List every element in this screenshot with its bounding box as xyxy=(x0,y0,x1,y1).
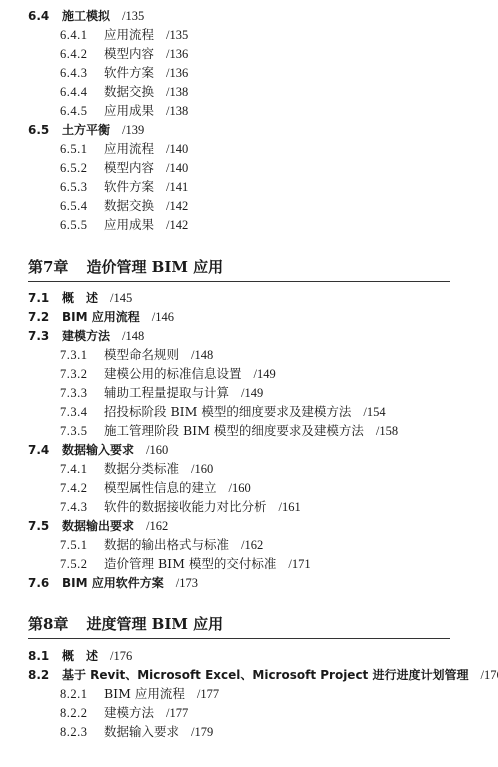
section-title: 土方平衡/139 xyxy=(62,122,144,138)
section-number: 7.6 xyxy=(28,575,49,591)
section-number: 6.5 xyxy=(28,122,49,138)
section-number: 7.3 xyxy=(28,328,49,344)
section-title: 数据输入要求/160 xyxy=(62,442,168,458)
section-title-text: 软件方案 xyxy=(104,65,154,80)
chapter-7-heading[interactable]: 第7章造价管理 BIM 应用 xyxy=(28,256,223,277)
section-title: 模型内容/140 xyxy=(104,160,188,176)
section-title-text: 数据分类标准 xyxy=(104,461,179,476)
section-title-text: 模型内容 xyxy=(104,46,154,61)
section-title: 软件方案/141 xyxy=(104,179,188,195)
section-title-text: 应用成果 xyxy=(104,217,154,232)
section-title-text: BIM 应用流程 xyxy=(62,310,140,324)
chapter-title: 造价管理 BIM 应用 xyxy=(86,258,223,276)
section-title: 数据交换/138 xyxy=(104,84,188,100)
section-title-text: 施工管理阶段 BIM 模型的细度要求及建模方法 xyxy=(104,423,364,438)
page-number: /142 xyxy=(166,218,188,232)
section-number: 8.2 xyxy=(28,667,49,683)
section-number: 7.1 xyxy=(28,290,49,306)
page-number: /135 xyxy=(166,28,188,42)
page-number: /176 xyxy=(480,668,498,682)
section-number: 6.4.5 xyxy=(60,103,88,119)
section-number: 7.4.2 xyxy=(60,480,88,496)
page-number: /179 xyxy=(191,725,213,739)
section-title: 应用成果/142 xyxy=(104,217,188,233)
section-title: 数据的输出格式与标准/162 xyxy=(104,537,263,553)
section-number: 8.2.2 xyxy=(60,705,88,721)
section-title-text: 造价管理 BIM 模型的交付标准 xyxy=(104,556,276,571)
section-number: 7.5 xyxy=(28,518,49,534)
page-number: /136 xyxy=(166,66,188,80)
page-number: /146 xyxy=(152,310,174,324)
section-title: 建模公用的标准信息设置/149 xyxy=(104,366,276,382)
section-title: 辅助工程量提取与计算/149 xyxy=(104,385,263,401)
section-number: 6.5.4 xyxy=(60,198,88,214)
section-title-text: 数据交换 xyxy=(104,198,154,213)
section-number: 7.4.3 xyxy=(60,499,88,515)
page-number: /158 xyxy=(376,424,398,438)
section-title: 造价管理 BIM 模型的交付标准/171 xyxy=(104,556,311,572)
chapter-label: 第7章 xyxy=(28,258,68,276)
section-title-text: 应用流程 xyxy=(104,141,154,156)
section-title: 概 述/176 xyxy=(62,648,132,664)
table-of-contents-page: 6.4施工模拟/1356.4.1应用流程/1356.4.2模型内容/1366.4… xyxy=(0,0,498,767)
section-title-text: 概 述 xyxy=(62,291,98,305)
section-title-text: 数据的输出格式与标准 xyxy=(104,537,229,552)
section-number: 6.4.3 xyxy=(60,65,88,81)
page-number: /177 xyxy=(197,687,219,701)
section-title-text: 土方平衡 xyxy=(62,123,110,137)
section-title: 模型内容/136 xyxy=(104,46,188,62)
section-title: 建模方法/148 xyxy=(62,328,144,344)
section-number: 6.4 xyxy=(28,8,49,24)
section-number: 6.4.1 xyxy=(60,27,88,43)
chapter-7-divider xyxy=(28,281,450,282)
page-number: /173 xyxy=(176,576,198,590)
section-title: 施工管理阶段 BIM 模型的细度要求及建模方法/158 xyxy=(104,423,398,439)
section-number: 7.5.1 xyxy=(60,537,88,553)
section-title-text: 施工模拟 xyxy=(62,9,110,23)
chapter-8-divider xyxy=(28,638,450,639)
page-number: /154 xyxy=(363,405,385,419)
page-number: /148 xyxy=(191,348,213,362)
section-number: 7.4.1 xyxy=(60,461,88,477)
section-number: 7.3.3 xyxy=(60,385,88,401)
section-number: 7.4 xyxy=(28,442,49,458)
section-title-text: 模型内容 xyxy=(104,160,154,175)
section-number: 8.1 xyxy=(28,648,49,664)
page-number: /141 xyxy=(166,180,188,194)
section-title-text: 应用流程 xyxy=(104,27,154,42)
section-title: BIM 应用流程/177 xyxy=(104,686,219,702)
section-title-text: BIM 应用流程 xyxy=(104,686,185,701)
section-title-text: 软件方案 xyxy=(104,179,154,194)
section-number: 7.3.5 xyxy=(60,423,88,439)
page-number: /176 xyxy=(110,649,132,663)
page-number: /140 xyxy=(166,161,188,175)
chapter-label: 第8章 xyxy=(28,615,68,633)
section-title-text: 应用成果 xyxy=(104,103,154,118)
page-number: /162 xyxy=(146,519,168,533)
section-number: 6.5.1 xyxy=(60,141,88,157)
section-title-text: 软件的数据接收能力对比分析 xyxy=(104,499,267,514)
section-title-text: 数据输入要求 xyxy=(104,724,179,739)
section-title: 软件方案/136 xyxy=(104,65,188,81)
section-title-text: 建模方法 xyxy=(62,329,110,343)
section-number: 6.4.4 xyxy=(60,84,88,100)
section-number: 6.5.5 xyxy=(60,217,88,233)
page-number: /160 xyxy=(191,462,213,476)
section-title: 建模方法/177 xyxy=(104,705,188,721)
page-number: /160 xyxy=(229,481,251,495)
section-title-text: 招投标阶段 BIM 模型的细度要求及建模方法 xyxy=(104,404,351,419)
page-number: /138 xyxy=(166,104,188,118)
page-number: /135 xyxy=(122,9,144,23)
section-title: 模型属性信息的建立/160 xyxy=(104,480,251,496)
section-title: 概 述/145 xyxy=(62,290,132,306)
section-title: 应用流程/140 xyxy=(104,141,188,157)
section-number: 7.3.2 xyxy=(60,366,88,382)
section-title-text: 数据输入要求 xyxy=(62,443,134,457)
section-number: 6.4.2 xyxy=(60,46,88,62)
section-title-text: 模型命名规则 xyxy=(104,347,179,362)
section-title-text: 基于 Revit、Microsoft Excel、Microsoft Proje… xyxy=(62,668,468,682)
section-title: 软件的数据接收能力对比分析/161 xyxy=(104,499,301,515)
section-title: 数据分类标准/160 xyxy=(104,461,213,477)
section-title: 施工模拟/135 xyxy=(62,8,144,24)
section-number: 7.2 xyxy=(28,309,49,325)
section-title-text: 概 述 xyxy=(62,649,98,663)
section-title: 模型命名规则/148 xyxy=(104,347,213,363)
section-number: 7.3.1 xyxy=(60,347,88,363)
page-number: /138 xyxy=(166,85,188,99)
page-number: /160 xyxy=(146,443,168,457)
section-number: 6.5.2 xyxy=(60,160,88,176)
page-number: /142 xyxy=(166,199,188,213)
section-title-text: BIM 应用软件方案 xyxy=(62,576,164,590)
section-title: 应用成果/138 xyxy=(104,103,188,119)
page-number: /149 xyxy=(254,367,276,381)
section-title: BIM 应用软件方案/173 xyxy=(62,575,198,591)
page-number: /171 xyxy=(288,557,310,571)
page-number: /149 xyxy=(241,386,263,400)
section-title: 数据输入要求/179 xyxy=(104,724,213,740)
section-title: 数据交换/142 xyxy=(104,198,188,214)
section-title: 基于 Revit、Microsoft Excel、Microsoft Proje… xyxy=(62,667,498,683)
page-number: /139 xyxy=(122,123,144,137)
page-number: /162 xyxy=(241,538,263,552)
page-number: /161 xyxy=(279,500,301,514)
chapter-title: 进度管理 BIM 应用 xyxy=(86,615,223,633)
section-title: BIM 应用流程/146 xyxy=(62,309,174,325)
section-number: 7.5.2 xyxy=(60,556,88,572)
section-number: 8.2.1 xyxy=(60,686,88,702)
chapter-8-heading[interactable]: 第8章进度管理 BIM 应用 xyxy=(28,613,223,634)
section-title-text: 数据交换 xyxy=(104,84,154,99)
section-title-text: 建模公用的标准信息设置 xyxy=(104,366,242,381)
section-number: 7.3.4 xyxy=(60,404,88,420)
section-title: 招投标阶段 BIM 模型的细度要求及建模方法/154 xyxy=(104,404,386,420)
page-number: /177 xyxy=(166,706,188,720)
page-number: /140 xyxy=(166,142,188,156)
page-number: /136 xyxy=(166,47,188,61)
section-title: 应用流程/135 xyxy=(104,27,188,43)
page-number: /145 xyxy=(110,291,132,305)
section-title: 数据输出要求/162 xyxy=(62,518,168,534)
section-title-text: 辅助工程量提取与计算 xyxy=(104,385,229,400)
section-title-text: 模型属性信息的建立 xyxy=(104,480,217,495)
section-title-text: 数据输出要求 xyxy=(62,519,134,533)
section-number: 8.2.3 xyxy=(60,724,88,740)
section-number: 6.5.3 xyxy=(60,179,88,195)
section-title-text: 建模方法 xyxy=(104,705,154,720)
page-number: /148 xyxy=(122,329,144,343)
